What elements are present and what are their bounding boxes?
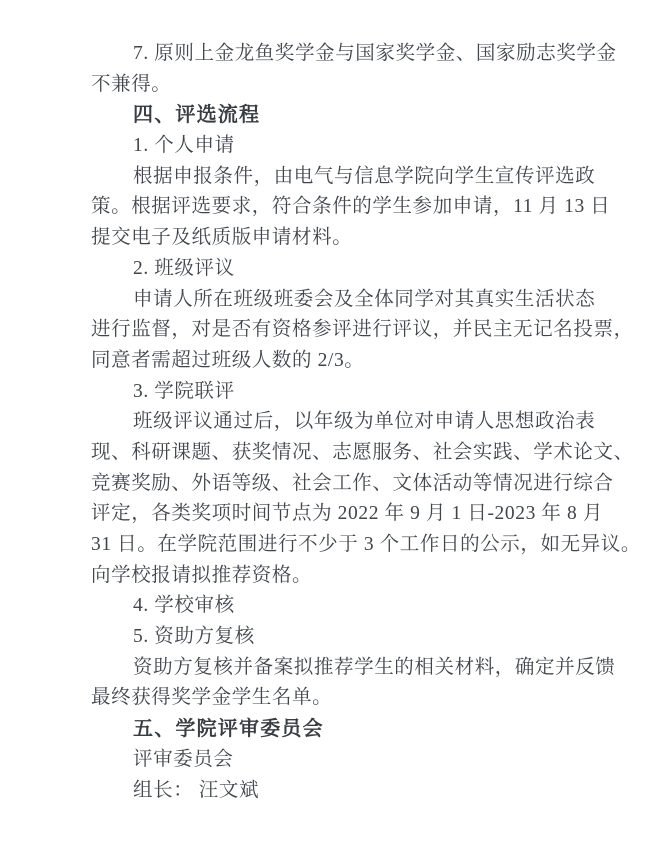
text-line: 组长： 汪文斌 [91,776,636,807]
text-line: 2. 班级评议 [91,254,636,285]
text-line: 班级评议通过后，以年级为单位对申请人思想政治表 [91,407,636,438]
document-body: 7. 原则上金龙鱼奖学金与国家奖学金、国家励志奖学金不兼得。四、评选流程1. 个… [91,39,636,806]
section-heading: 四、评选流程 [91,100,636,131]
text-line: 1. 个人申请 [91,131,636,162]
text-line: 根据申报条件，由电气与信息学院向学生宣传评选政 [91,162,636,193]
text-line: 31 日。在学院范围进行不少于 3 个工作日的公示，如无异议。 [91,530,636,561]
document-page: 7. 原则上金龙鱼奖学金与国家奖学金、国家励志奖学金不兼得。四、评选流程1. 个… [0,0,664,846]
text-line: 向学校报请拟推荐资格。 [91,561,636,592]
text-line: 现、科研课题、获奖情况、志愿服务、社会实践、学术论文、 [91,438,636,469]
text-line: 进行监督，对是否有资格参评进行评议，并民主无记名投票， [91,315,636,346]
text-line: 7. 原则上金龙鱼奖学金与国家奖学金、国家励志奖学金 [91,39,636,70]
text-line: 不兼得。 [91,70,636,101]
text-line: 4. 学校审核 [91,591,636,622]
text-line: 同意者需超过班级人数的 2/3。 [91,346,636,377]
text-line: 资助方复核并备案拟推荐学生的相关材料，确定并反馈 [91,653,636,684]
text-line: 竞赛奖励、外语等级、社会工作、文体活动等情况进行综合 [91,469,636,500]
text-line: 申请人所在班级班委会及全体同学对其真实生活状态 [91,285,636,316]
text-line: 5. 资助方复核 [91,622,636,653]
text-line: 评审委员会 [91,745,636,776]
text-line: 最终获得奖学金学生名单。 [91,683,636,714]
section-heading: 五、学院评审委员会 [91,714,636,745]
text-line: 策。根据评选要求，符合条件的学生参加申请，11 月 13 日 [91,192,636,223]
text-line: 提交电子及纸质版申请材料。 [91,223,636,254]
text-line: 3. 学院联评 [91,377,636,408]
text-line: 评定，各类奖项时间节点为 2022 年 9 月 1 日-2023 年 8 月 [91,499,636,530]
